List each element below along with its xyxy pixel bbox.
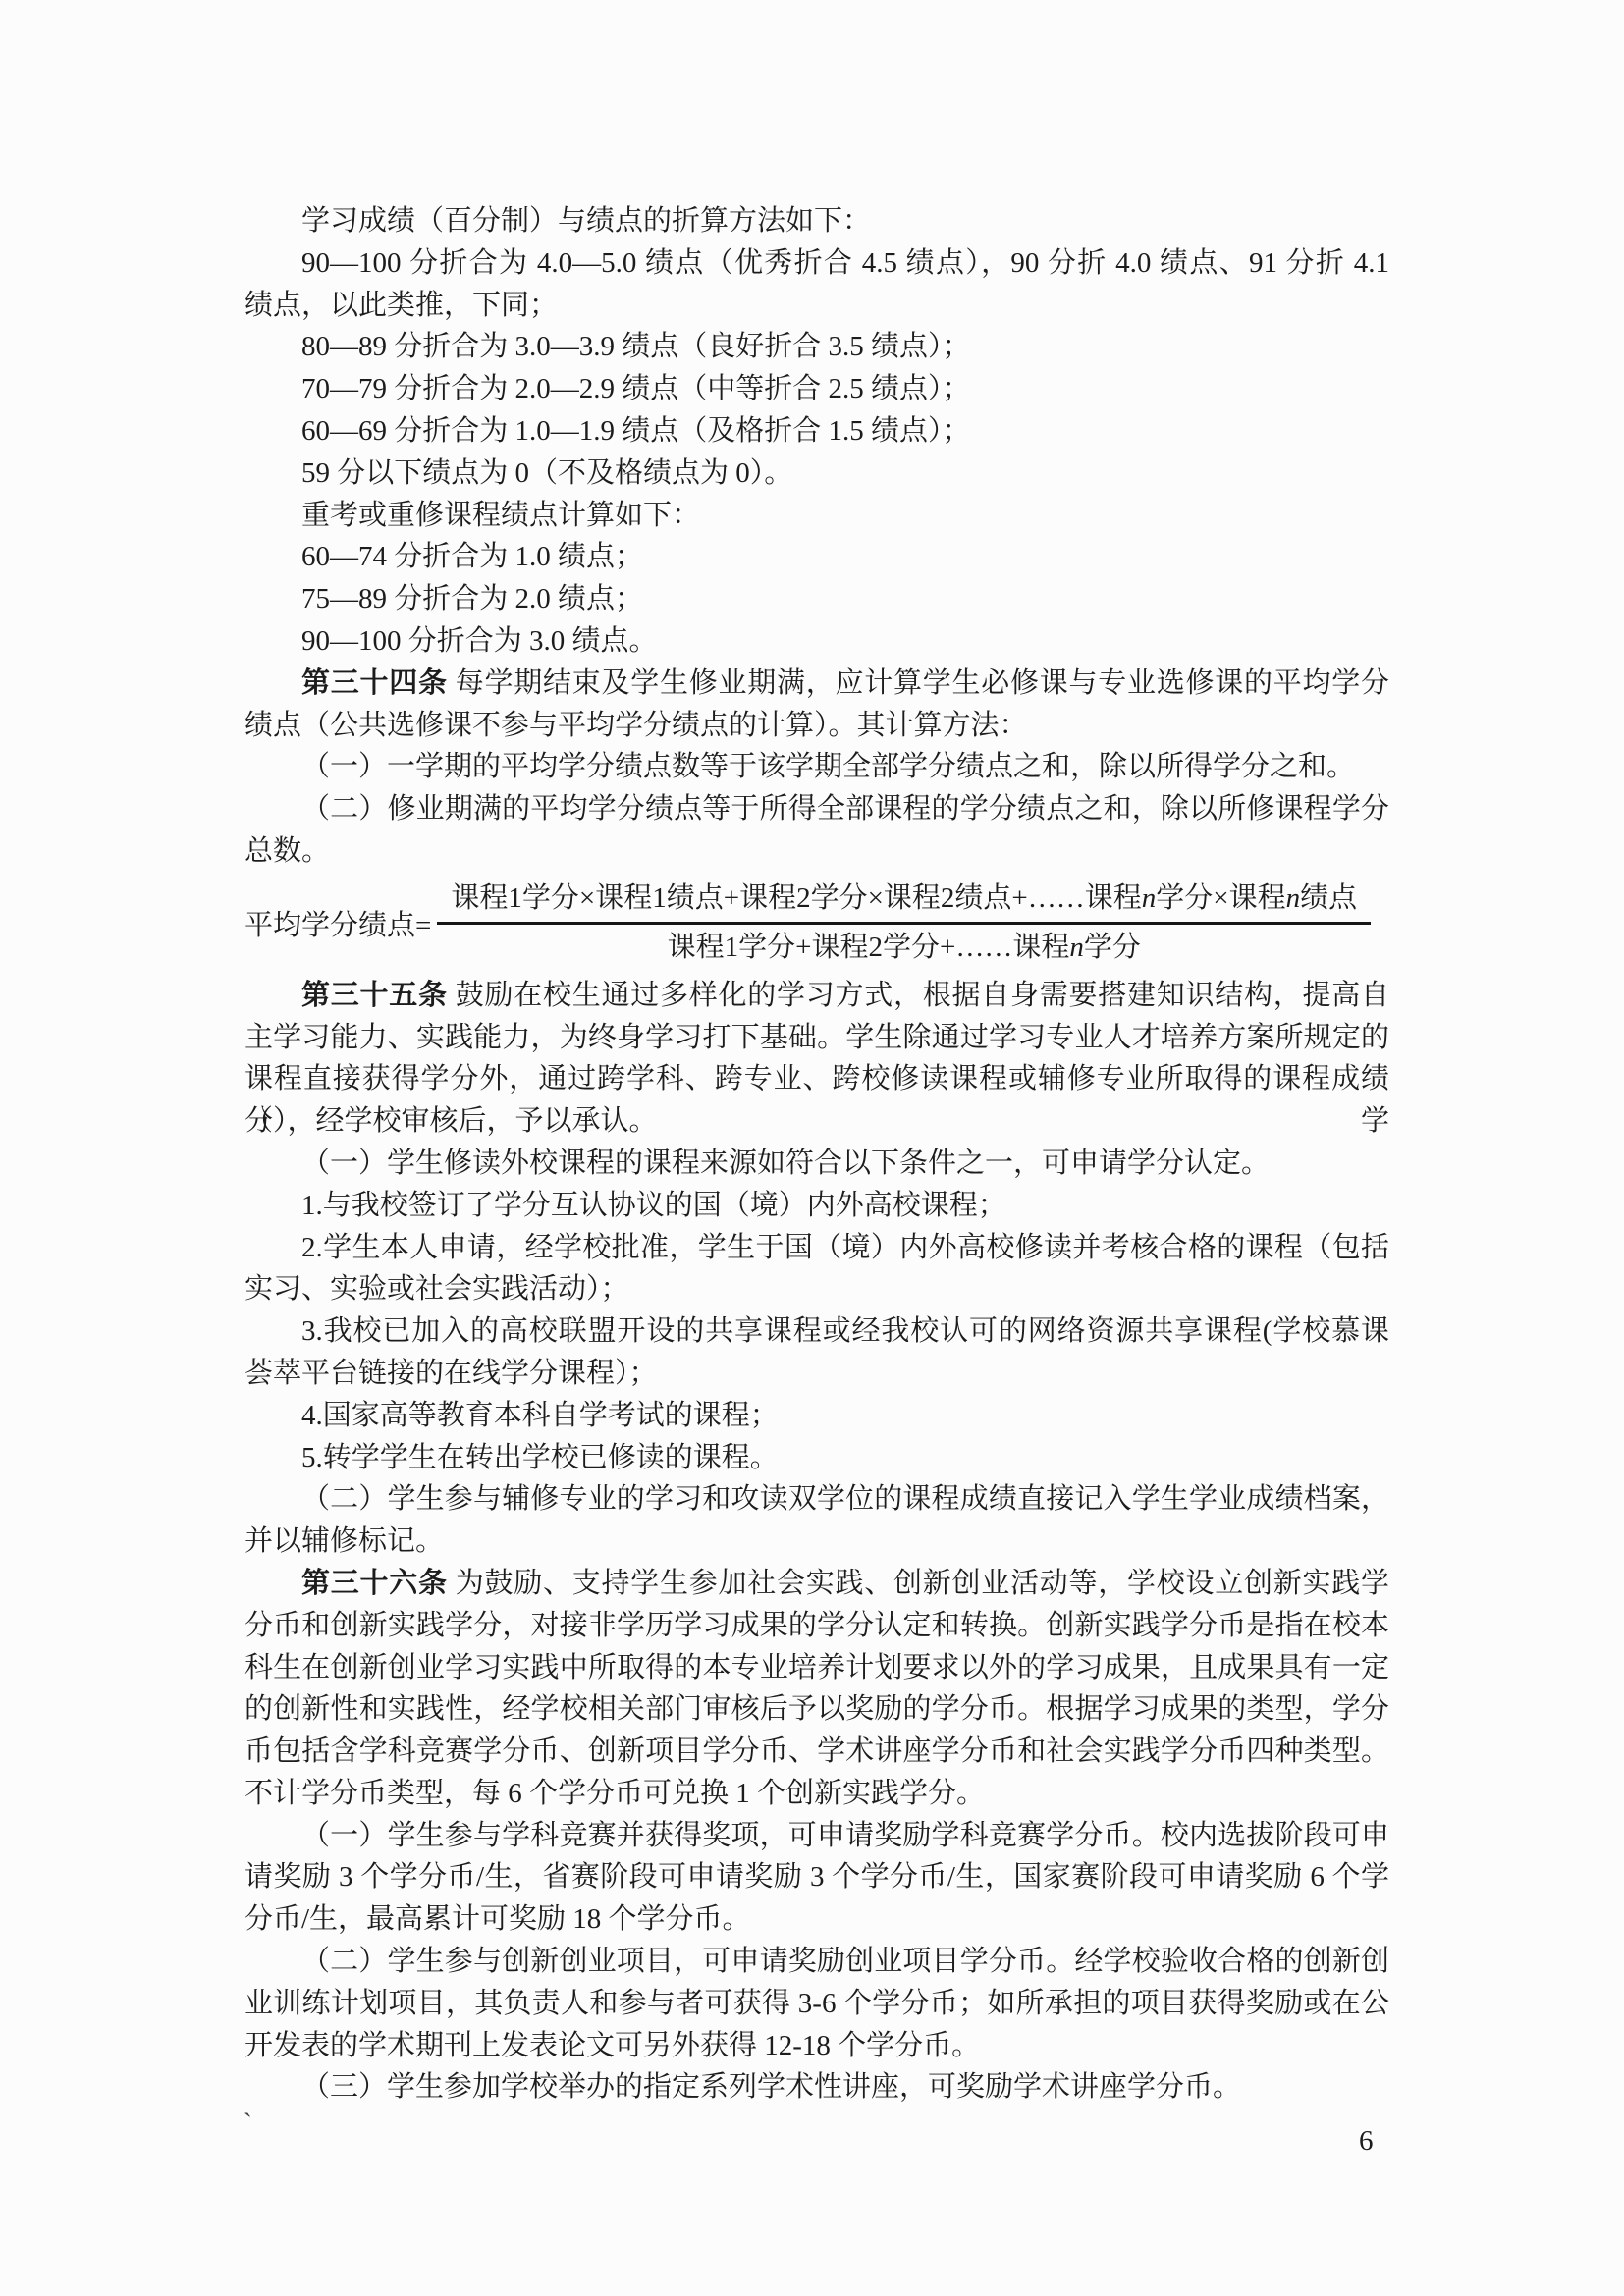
text-line: （二）学生参与创新创业项目，可申请奖励创业项目学分币。经学校验收合格的创新创 xyxy=(244,1941,1389,1983)
text-line: 重考或重修课程绩点计算如下： xyxy=(244,495,1389,537)
text-line: 实习、实验或社会实践活动）； xyxy=(244,1268,1389,1310)
text-line: 60—69 分折合为 1.0—1.9 绩点（及格折合 1.5 绩点）； xyxy=(244,410,1389,453)
text-line: （二）修业期满的平均学分绩点等于所得全部课程的学分绩点之和，除以所修课程学分 xyxy=(244,788,1389,830)
gpa-formula: 平均学分绩点=课程1学分×课程1绩点+课程2学分×课程2绩点+……课程n学分×课… xyxy=(244,873,1389,975)
text-line: 5.转学学生在转出学校已修读的课程。 xyxy=(244,1437,1389,1479)
article-number: 第三十六条 xyxy=(301,1568,448,1599)
text-line: 学习成绩（百分制）与绩点的折算方法如下： xyxy=(244,200,1389,242)
text-line: 4.国家高等教育本科自学考试的课程； xyxy=(244,1395,1389,1437)
text-line: 并以辅修标记。 xyxy=(244,1521,1389,1563)
article-heading-line: 第三十六条 为鼓励、支持学生参加社会实践、创新创业活动等，学校设立创新实践学 xyxy=(244,1563,1389,1605)
article-heading-line: 第三十四条 每学期结束及学生修业期满，应计算学生必修课与专业选修课的平均学分 xyxy=(244,663,1389,705)
formula-variable-n: n xyxy=(1142,882,1157,914)
formula-numerator: 课程1学分×课程1绩点+课程2学分×课程2绩点+……课程n学分×课程n绩点 xyxy=(437,880,1371,925)
text-line: （一）学生参与学科竞赛并获得奖项，可申请奖励学科竞赛学分币。校内选拔阶段可申 xyxy=(244,1815,1389,1857)
article-number: 第三十四条 xyxy=(301,667,448,699)
stray-mark: ` xyxy=(244,2109,252,2138)
formula-denominator: 课程1学分+课程2学分+……课程n学分 xyxy=(437,925,1371,967)
text-line: 59 分以下绩点为 0（不及格绩点为 0）。 xyxy=(244,453,1389,495)
text-line: 币包括含学科竞赛学分币、创新项目学分币、学术讲座学分币和社会实践学分币四种类型。 xyxy=(244,1731,1389,1773)
formula-variable-n: n xyxy=(1286,882,1301,914)
text-line: 业训练计划项目，其负责人和参与者可获得 3-6 个学分币；如所承担的项目获得奖励… xyxy=(244,1983,1389,2025)
text-line: 90—100 分折合为 3.0 绩点。 xyxy=(244,620,1389,663)
text-line: 90—100 分折合为 4.0—5.0 绩点（优秀折合 4.5 绩点），90 分… xyxy=(244,242,1389,285)
text-line: 课程直接获得学分外，通过跨学科、跨专业、跨校修读课程或辅修专业所取得的课程成绩（… xyxy=(244,1058,1389,1100)
text-line: （一）一学期的平均学分绩点数等于该学期全部学分绩点之和，除以所得学分之和。 xyxy=(244,746,1389,788)
article-number: 第三十五条 xyxy=(301,980,448,1011)
text-line: 不计学分币类型，每 6 个学分币可兑换 1 个创新实践学分。 xyxy=(244,1773,1389,1815)
text-line: 80—89 分折合为 3.0—3.9 绩点（良好折合 3.5 绩点）； xyxy=(244,326,1389,368)
text-line: 绩点，以此类推，下同； xyxy=(244,285,1389,327)
document-body: 学习成绩（百分制）与绩点的折算方法如下：90—100 分折合为 4.0—5.0 … xyxy=(244,200,1389,2109)
text-line: （二）学生参与辅修专业的学习和攻读双学位的课程成绩直接记入学生学业成绩档案， xyxy=(244,1478,1389,1521)
text-line: （三）学生参加学校举办的指定系列学术性讲座，可奖励学术讲座学分币。 xyxy=(244,2066,1389,2109)
text-line: 请奖励 3 个学分币/生，省赛阶段可申请奖励 3 个学分币/生，国家赛阶段可申请… xyxy=(244,1856,1389,1898)
text-line: 的创新性和实践性，经学校相关部门审核后予以奖励的学分币。根据学习成果的类型，学分 xyxy=(244,1688,1389,1731)
text-line: （一）学生修读外校课程的课程来源如符合以下条件之一，可申请学分认定。 xyxy=(244,1143,1389,1185)
text-line: 3.我校已加入的高校联盟开设的共享课程或经我校认可的网络资源共享课程(学校慕课 xyxy=(244,1310,1389,1353)
text-line: 分币和创新实践学分，对接非学历学习成果的学分认定和转换。创新实践学分币是指在校本 xyxy=(244,1605,1389,1647)
text-line: 1.与我校签订了学分互认协议的国（境）内外高校课程； xyxy=(244,1185,1389,1227)
text-line: 科生在创新创业学习实践中所取得的本专业培养计划要求以外的学习成果，且成果具有一定 xyxy=(244,1647,1389,1689)
formula-variable-n: n xyxy=(1069,932,1084,963)
text-line: 2.学生本人申请，经学校批准，学生于国（境）内外高校修读并考核合格的课程（包括 xyxy=(244,1227,1389,1269)
formula-fraction: 课程1学分×课程1绩点+课程2学分×课程2绩点+……课程n学分×课程n绩点课程1… xyxy=(437,880,1371,967)
article-heading-line: 第三十五条 鼓励在校生通过多样化的学习方式，根据自身需要搭建知识结构，提高自 xyxy=(244,975,1389,1017)
text-line: 开发表的学术期刊上发表论文可另外获得 12-18 个学分币。 xyxy=(244,2025,1389,2067)
text-line: 总数。 xyxy=(244,830,1389,873)
text-line: 荟萃平台链接的在线学分课程）； xyxy=(244,1353,1389,1395)
text-line: 70—79 分折合为 2.0—2.9 绩点（中等折合 2.5 绩点）； xyxy=(244,368,1389,410)
page-number: 6 xyxy=(1359,2120,1374,2162)
text-line: 绩点（公共选修课不参与平均学分绩点的计算）。其计算方法： xyxy=(244,705,1389,747)
text-line: 主学习能力、实践能力，为终身学习打下基础。学生除通过学习专业人才培养方案所规定的 xyxy=(244,1017,1389,1059)
document-page: 学习成绩（百分制）与绩点的折算方法如下：90—100 分折合为 4.0—5.0 … xyxy=(0,0,1624,2296)
text-line: 75—89 分折合为 2.0 绩点； xyxy=(244,578,1389,620)
text-line: 60—74 分折合为 1.0 绩点； xyxy=(244,536,1389,578)
text-line: 分币/生，最高累计可奖励 18 个学分币。 xyxy=(244,1898,1389,1941)
formula-label: 平均学分绩点= xyxy=(244,903,431,943)
